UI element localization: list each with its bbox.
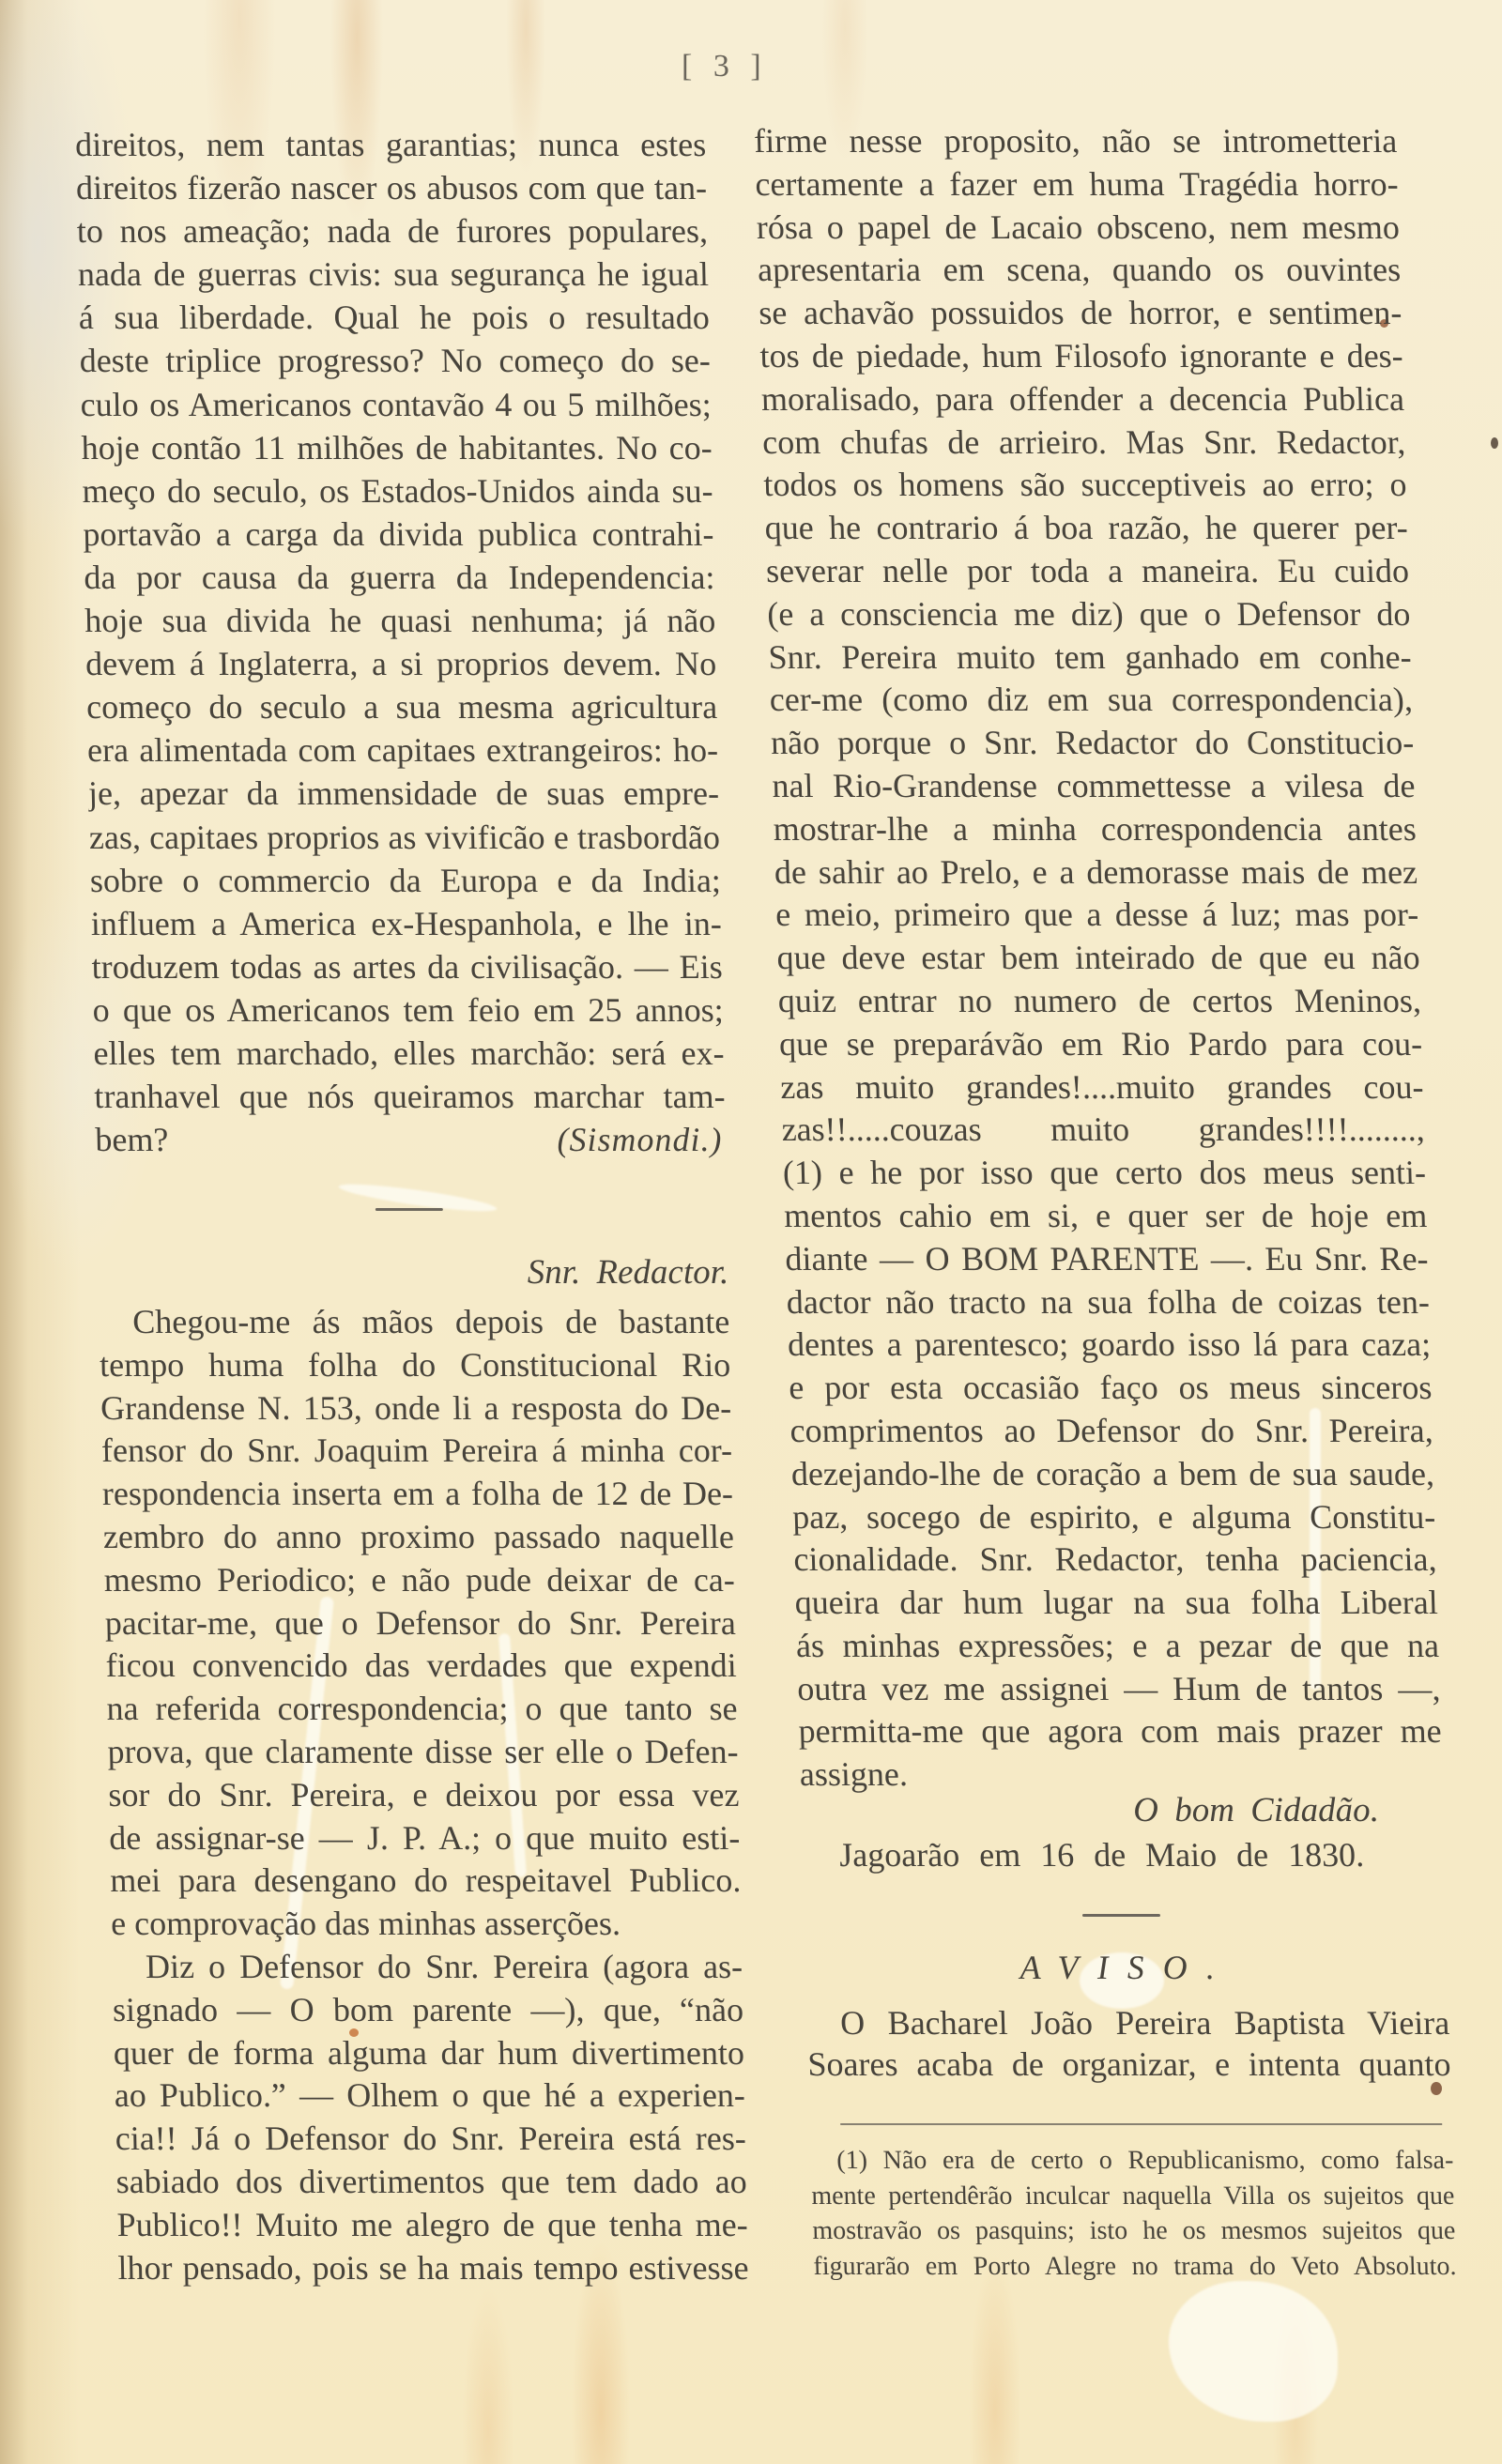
text-line: cer-me (como diz em sua correspondencia)… [769, 679, 1413, 722]
text-line: deste triplice progresso? No começo do s… [79, 339, 711, 382]
text-line: Snr. Pereira muito tem ganhado em conhe- [768, 636, 1412, 680]
attribution: (Sismondi.) [557, 1118, 727, 1161]
text-line: influem a America ex-Hespanhola, e lhe i… [90, 902, 722, 945]
text-line: que se preparávão em Rio Pardo para cou- [778, 1023, 1422, 1066]
letter-dateline: Jagoarão em 16 de Maio de 1830. [802, 1833, 1483, 1876]
text-line: zembro do anno proximo passado naquelle [102, 1516, 734, 1559]
text-line: e comprovação das minhas asserções. [111, 1903, 743, 1946]
final-line-with-attribution: bem? (Sismondi.) [95, 1118, 727, 1161]
text-line: elles tem marchado, elles marchão: será … [93, 1032, 725, 1075]
text-line: je, apezar da immensidade de suas empre- [88, 772, 720, 815]
text-line: da por causa da guerra da Independencia: [84, 556, 715, 599]
aviso-body: O Bacharel João Pereira Baptista Vieira … [806, 2002, 1451, 2085]
text-line: ficou convencido das verdades que expend… [105, 1645, 737, 1688]
text-line: paz, socego de espirito, e alguma Consti… [792, 1496, 1436, 1539]
text-line: Grandense N. 153, onde li a resposta do … [100, 1387, 732, 1431]
text-line: se achavão possuidos de horror, e sentim… [759, 292, 1402, 335]
text-line: e meio, primeiro que a desse á luz; mas … [775, 894, 1419, 937]
text-line: na referida correspondencia; o que tanto… [106, 1688, 738, 1731]
text-line: signado — O bom parente —), que, “não [113, 1989, 744, 2032]
text-line: portavão a carga da divida publica contr… [83, 513, 714, 556]
text-line: zas muito grandes!....muito grandes cou- [780, 1066, 1424, 1110]
text-line: sobre o commercio da Europa e da India; [89, 859, 721, 902]
text-line: queira dar hum lugar na sua folha Libera… [794, 1582, 1438, 1625]
text-line: começo do seculo a sua mesma agricultura [86, 685, 718, 728]
text-line: tempo huma folha do Constitucional Rio [100, 1344, 731, 1387]
text-line: pacitar-me, que o Defensor do Snr. Perei… [104, 1602, 736, 1645]
text-line: hoje sua divida he quasi nenhuma; já não [84, 599, 716, 642]
text-line: mei para desengano do respeitavel Public… [110, 1859, 742, 1903]
text-line: que he contrario á boa razão, he querer … [764, 507, 1408, 550]
text-line: mentos cahio em si, e quer ser de hoje e… [784, 1195, 1428, 1238]
text-line: hoje contão 11 milhões de habitantes. No… [81, 426, 713, 469]
text-line: mostravão os pasquins; isto he os mesmos… [812, 2213, 1456, 2249]
text-line: sor do Snr. Pereira, e deixou por essa v… [108, 1774, 740, 1817]
text-line: que deve estar bem inteirado de que eu n… [776, 937, 1420, 980]
text-line: á sua liberdade. Qual he pois o resultad… [78, 296, 710, 339]
right-column: firme nesse proposito, não se intromette… [750, 0, 1462, 2464]
text-line: Publico!! Muito me alegro de que tenha m… [116, 2204, 748, 2247]
text-line: apresentaria em scena, quando os ouvinte… [757, 249, 1401, 292]
text-line: era alimentada com capitaes extrangeiros… [87, 728, 719, 772]
text-line: com chufas de arrieiro. Mas Snr. Redacto… [762, 421, 1406, 465]
text-line: mesmo Periodico; e não pude deixar de ca… [103, 1559, 735, 1602]
text-line: dentes a parentesco; goardo isso lá para… [787, 1324, 1431, 1367]
text-line-end: bem? [95, 1118, 169, 1161]
text-line: (1) e he por isso que certo dos meus sen… [782, 1152, 1426, 1195]
letter-continued: firme nesse proposito, não se intromette… [754, 120, 1444, 1797]
text-line: direitos, nem tantas garantias; nunca es… [75, 123, 707, 166]
text-line: e por esta occasião faço os meus sincero… [789, 1367, 1433, 1410]
text-line: Chegou-me ás mãos depois de bastante [99, 1301, 730, 1344]
text-line: O Bacharel João Pereira Baptista Vieira [806, 2002, 1450, 2043]
text-line: to nos ameação; nada de furores populare… [76, 209, 708, 253]
text-line: quiz entrar no numero de certos Meninos, [777, 980, 1421, 1023]
text-line: zas!!.....couzas muito grandes!!!!......… [781, 1109, 1425, 1152]
text-line: lhor pensado, pois se ha mais tempo esti… [117, 2247, 749, 2290]
letter-body: Chegou-me ás mãos depois de bastante tem… [99, 1301, 749, 2289]
text-line: dezejando-lhe de coração a bem de sua sa… [790, 1453, 1434, 1496]
text-line: quer de forma alguma dar hum divertiment… [113, 2032, 744, 2075]
letter-signature: O bom Cidadão. [800, 1789, 1444, 1832]
text-line: (1) Não era de certo o Republicanismo, c… [810, 2143, 1454, 2179]
text-line: comprimentos ao Defensor do Snr. Pereira… [789, 1410, 1433, 1453]
text-line: Diz o Defensor do Snr. Pereira (agora as… [112, 1946, 743, 1989]
text-line: devem á Inglaterra, a si proprios devem.… [85, 642, 717, 685]
text-line: nada de guerras civis: sua segurança he … [77, 253, 709, 296]
text-line: prova, que claramente disse ser elle o D… [107, 1731, 739, 1774]
text-line: tranhavel que nós queiramos marchar tam- [94, 1075, 726, 1118]
text-line: meço do seculo, os Estados-Unidos ainda … [82, 469, 713, 513]
text-line: troduzem todas as artes da civilisação. … [91, 945, 723, 988]
text-line: sabiado dos divertimentos que tem dado a… [115, 2161, 747, 2204]
text-line: severar nelle por toda a maneira. Eu cui… [765, 550, 1409, 593]
aviso-heading: AVISO. [805, 1946, 1448, 1989]
text-line: ás minhas expressões; e a pezar de que n… [795, 1625, 1439, 1668]
footnote: (1) Não era de certo o Republicanismo, c… [810, 2143, 1457, 2284]
text-line: diante — O BOM PARENTE —. Eu Snr. Re- [785, 1238, 1429, 1281]
footnote-rule [840, 2123, 1442, 2125]
text-line: direitos fizerão nascer os abusos com qu… [76, 166, 708, 209]
text-line: nal Rio-Grandense commettesse a vilesa d… [772, 765, 1416, 808]
text-line: ao Publico.” — Olhem o que hé a experien… [114, 2074, 745, 2118]
text-line: de assignar-se — J. P. A.; o que muito e… [109, 1817, 741, 1860]
text-line: Soares acaba de organizar, e intenta qua… [807, 2043, 1451, 2085]
text-line: zas, capitaes proprios as vivificão e tr… [88, 816, 720, 859]
text-line: não porque o Snr. Redactor do Constituci… [770, 722, 1414, 765]
text-line: todos os homens são succeptiveis ao erro… [763, 464, 1407, 507]
text-line: (e a consciencia me diz) que o Defensor … [767, 593, 1411, 636]
text-line: tos de piedade, hum Filosofo ignorante e… [759, 335, 1403, 378]
letter-salutation: Snr. Redactor. [98, 1251, 759, 1294]
text-line: culo os Americanos contavão 4 ou 5 milhõ… [80, 383, 712, 426]
text-line: moralisado, para offender a decencia Pub… [760, 378, 1404, 421]
text-line: figurarão em Porto Alegre no trama do Ve… [813, 2249, 1457, 2285]
article-sismondi: direitos, nem tantas garantias; nunca es… [75, 123, 727, 1161]
text-line: rósa o papel de Lacaio obsceno, nem mesm… [756, 207, 1400, 250]
text-line: mente pertendêrão inculcar naquella Vill… [811, 2179, 1455, 2214]
text-line: certamente a fazer em huma Tragédia horr… [755, 163, 1399, 207]
text-line: o que os Americanos tem feio em 25 annos… [92, 988, 724, 1032]
text-line: permitta-me que agora com mais prazer me [798, 1710, 1442, 1753]
section-separator [1082, 1914, 1160, 1917]
text-line: de sahir ao Prelo, e a demorasse mais de… [774, 851, 1418, 895]
text-line: firme nesse proposito, não se intromette… [754, 120, 1398, 163]
text-line: dactor não tracto na sua folha de coizas… [786, 1281, 1430, 1324]
text-line: mostrar-lhe a minha correspondencia ante… [773, 808, 1417, 851]
text-line: respondencia inserta em a folha de 12 de… [101, 1473, 733, 1516]
text-line: fensor do Snr. Joaquim Pereira á minha c… [101, 1430, 733, 1473]
left-column: direitos, nem tantas garantias; nunca es… [72, 0, 753, 2464]
text-line: cia!! Já o Defensor do Snr. Pereira está… [115, 2118, 746, 2161]
text-line: cionalidade. Snr. Redactor, tenha pacien… [793, 1538, 1437, 1582]
ink-spot [1491, 437, 1498, 449]
section-separator [375, 1208, 443, 1211]
text-line: outra vez me assignei — Hum de tantos —, [797, 1668, 1441, 1711]
newspaper-page: [ 3 ] direitos, nem tantas garantias; nu… [0, 0, 1502, 2464]
